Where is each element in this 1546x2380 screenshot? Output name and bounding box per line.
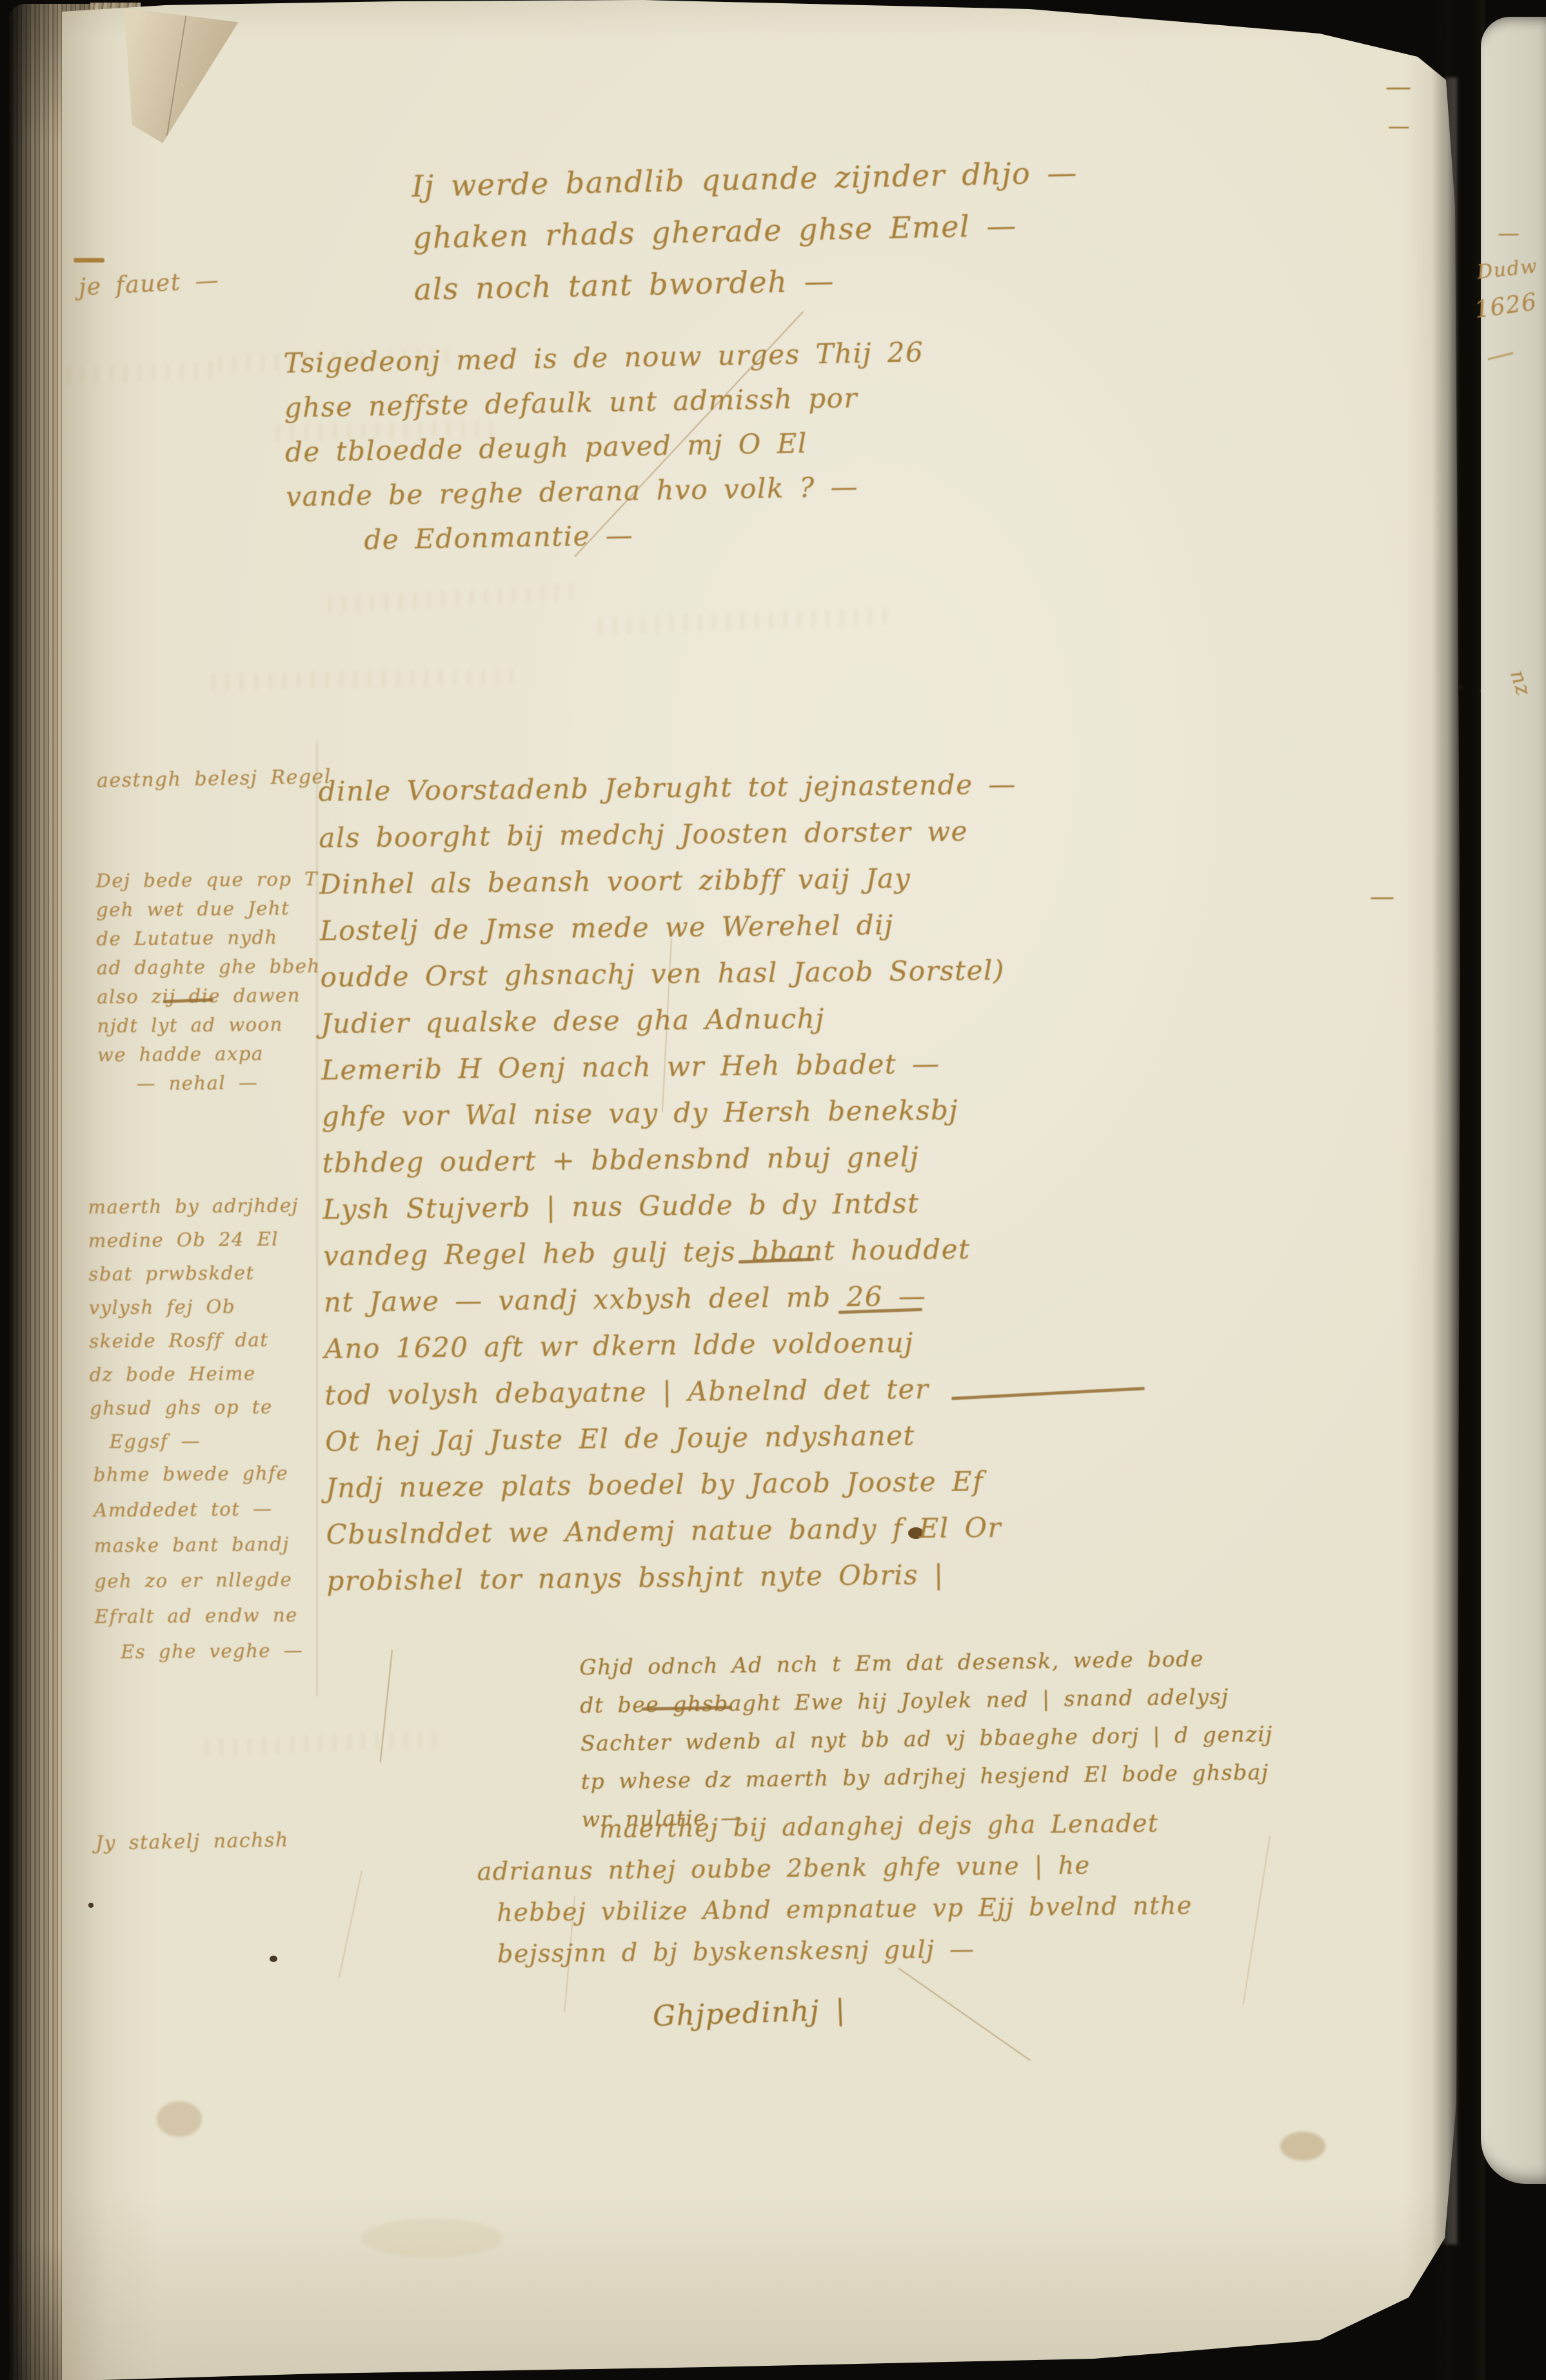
paper-stain [1280,2132,1325,2161]
handwritten-line: hebbej vbilize Abnd empnatue vp Ejj bvel… [497,1885,1193,1933]
handwritten-line: geh wet due Jeht [96,893,320,924]
handwritten-line: Judier qualske dese gha Adnuchj [321,993,1019,1047]
right-margin-dash: — [1385,72,1412,102]
margin-note-e: Jy stakelj nachsh [95,1829,289,1854]
closing-word: Ghjpedinhj | [652,1994,846,2033]
handwritten-line: nt Jawe — vandj xxbysh deel mb 26 — [324,1272,1022,1325]
handwritten-line: dz bode Heime [89,1356,300,1392]
paper-stain [361,2219,503,2257]
handwritten-line: bejssjnn d bj byskenskesnj gulj — [497,1926,1193,1974]
margin-group-3: bhme bwede ghfe Amddedet tot — maske ban… [94,1456,304,1671]
facing-page-flourish: — [1483,335,1519,373]
text-block-b: Tsigedeonj med is de nouw urges Thij 26 … [283,330,927,563]
margin-header-c: aestngh belesj Regel [97,766,332,792]
handwritten-line: we hadde axpa [97,1038,321,1069]
facing-page-fragment: 1626 ( [1473,286,1546,324]
handwritten-line: tod volysh debayatne | Abnelnd det ter [324,1365,1023,1418]
handwritten-line: de Lutatue nydh [96,922,320,953]
handwritten-line: vandeg Regel heb gulj tejs bbant houddet [323,1225,1022,1279]
handwritten-line: vylysh fej Ob [89,1289,300,1325]
ink-speck [270,1956,277,1962]
handwritten-line: Ano 1620 aft wr dkern ldde voldoenuj [324,1318,1022,1372]
handwritten-line: maerth by adrjhdej [88,1189,299,1224]
facing-page-fragment: Dudw d [1476,252,1546,284]
facing-page-edge-marks: nz [1505,667,1537,699]
facing-page-dash: — [1498,221,1521,246]
handwritten-line: bhme bwede ghfe [94,1456,302,1493]
text-block-e: maerthej bij adanghej dejs gha Lenadet a… [477,1802,1193,1975]
handwritten-line: ghsud ghs op te [90,1390,301,1425]
handwritten-line: Jy stakelj nachsh [95,1829,289,1854]
handwritten-line: geh zo er nllegde [94,1562,303,1600]
handwritten-line: Efralt ad endw ne [94,1598,303,1635]
handwritten-line: Lysh Stujverb | nus Gudde b dy Intdst [322,1179,1021,1233]
handwritten-line: also zij die dawen [97,980,321,1011]
handwritten-line: aestngh belesj Regel [97,766,332,792]
handwritten-line: Ghjpedinhj | [652,1994,846,2033]
handwritten-line: maske bant bandj [94,1527,303,1564]
handwritten-line: Ot hej Jaj Juste El de Jouje ndyshanet [325,1411,1024,1465]
handwritten-line: maerthej bij adanghej dejs gha Lenadet [599,1802,1192,1850]
handwritten-line: — nehal — [136,1067,321,1098]
handwritten-line: Es ghe veghe — [121,1633,304,1670]
handwritten-line: Cbuslnddet we Andemj natue bandy f El Or [326,1504,1024,1558]
handwritten-line: Dinhel als beansh voort zibbff vaij Jay [319,854,1018,907]
text-block-a: Ij werde bandlib quande zijnder dhjo — g… [411,146,1080,315]
margin-group-2: maerth by adrjhdej medine Ob 24 El sbat … [88,1189,301,1459]
handwritten-line: Jndj nueze plats boedel by Jacob Jooste … [326,1458,1024,1511]
handwritten-line: njdt lyt ad woon [97,1009,321,1040]
paper-stain [157,2101,202,2137]
right-margin-dash: — [1370,882,1396,911]
handwritten-line: dinle Voorstadenb Jebrught tot jejnasten… [318,761,1016,815]
handwritten-line: ad daghte ghe bbeh [97,951,321,982]
handwritten-line: Lostelj de Jmse mede we Werehel dij [320,900,1018,954]
facing-page-edge: — Dudw d 1626 ( — nz [1481,17,1546,2184]
right-margin-dash: — [1388,114,1411,139]
text-block-c: dinle Voorstadenb Jebrught tot jejnasten… [318,761,1025,1604]
handwritten-line: Eggsf — [109,1423,301,1459]
handwritten-line: Amddedet tot — [94,1491,302,1529]
handwritten-line: adrianus nthej oubbe 2benk ghfe vune | h… [477,1843,1192,1892]
margin-dash-mark [74,258,104,263]
manuscript-scan: je fauet — Ij werde bandlib quande zijnd… [0,0,1546,2380]
handwritten-line: sbat prwbskdet [88,1256,299,1291]
handwritten-line: medine Ob 24 El [88,1222,299,1258]
handwritten-line: Lemerib H Oenj nach wr Heh bbadet — [321,1040,1020,1093]
handwritten-line: ghfe vor Wal nise vay dy Hersh beneksbj [322,1086,1020,1140]
handwritten-line: als boorght bij medchj Joosten dorster w… [319,808,1017,861]
ink-speck [88,1903,94,1908]
book-gutter-shadow [1432,0,1485,2380]
handwritten-line: Dej bede que rop T [95,864,319,895]
handwritten-line: tbhdeg oudert + bbdensbnd nbuj gnelj [322,1133,1020,1186]
handwritten-line: skeide Rosff dat [89,1323,300,1358]
handwritten-line: probishel tor nanys bsshjnt nyte Obris | [326,1551,1025,1604]
margin-group-1: Dej bede que rop T geh wet due Jeht de L… [95,864,321,1098]
